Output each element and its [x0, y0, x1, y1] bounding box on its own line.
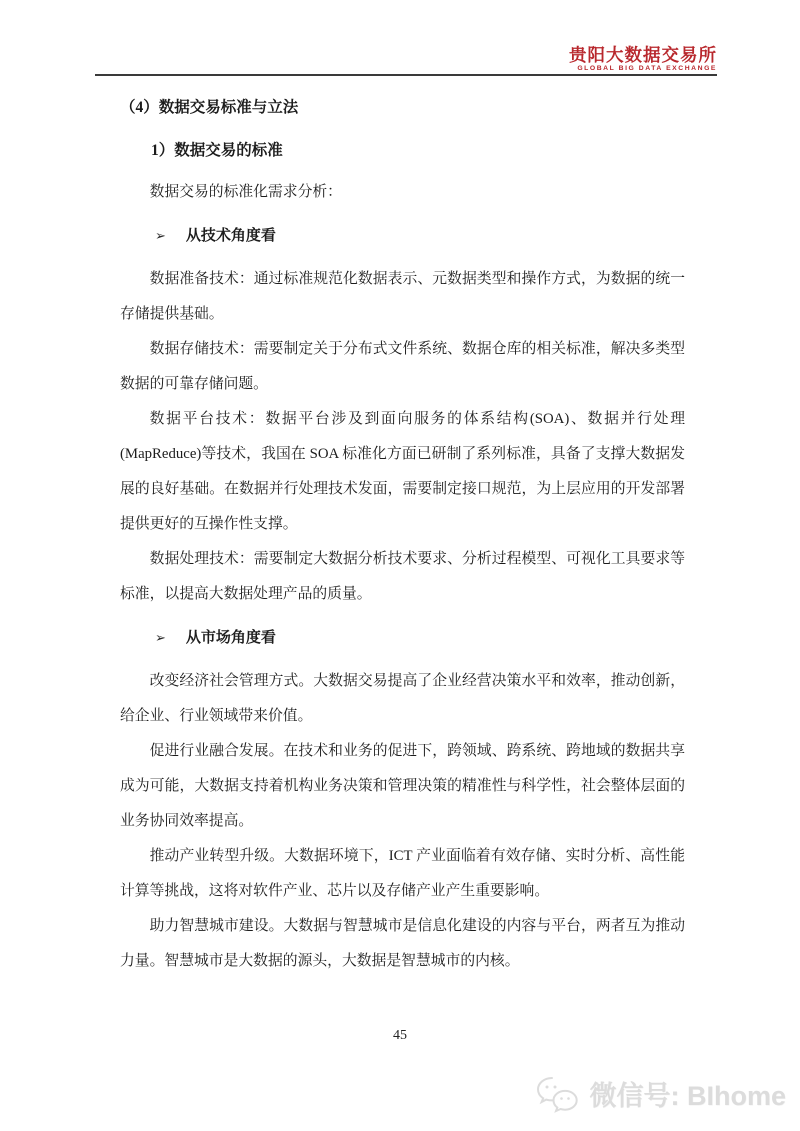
subsection-heading: 1）数据交易的标准 [120, 133, 685, 168]
paragraph: 数据平台技术：数据平台涉及到面向服务的体系结构(SOA)、数据并行处理(MapR… [120, 402, 685, 542]
paragraph: 数据处理技术：需要制定大数据分析技术要求、分析过程模型、可视化工具要求等标准，以… [120, 542, 685, 612]
paragraph: 促进行业融合发展。在技术和业务的促进下，跨领域、跨系统、跨地域的数据共享成为可能… [120, 734, 685, 839]
watermark: 微信号: BIhome [535, 1074, 786, 1113]
logo: 贵阳大数据交易所 GLOBAL BIG DATA EXCHANGE [95, 46, 717, 73]
paragraph: 助力智慧城市建设。大数据与智慧城市是信息化建设的内容与平台，两者互为推动力量。智… [120, 909, 685, 979]
bullet-title: 从市场角度看 [186, 621, 276, 656]
paragraph: 数据准备技术：通过标准规范化数据表示、元数据类型和操作方式，为数据的统一存储提供… [120, 262, 685, 332]
bullet-heading-market: ➢ 从市场角度看 [120, 620, 685, 656]
document-page: 贵阳大数据交易所 GLOBAL BIG DATA EXCHANGE （4）数据交… [0, 0, 800, 1131]
bullet-heading-technical: ➢ 从技术角度看 [120, 218, 685, 254]
arrowhead-bullet-icon: ➢ [155, 620, 166, 655]
watermark-label: 微信号: BIhome [589, 1074, 786, 1113]
logo-subtitle: GLOBAL BIG DATA EXCHANGE [95, 65, 717, 73]
page-number: 45 [0, 1028, 800, 1044]
section-heading: （4）数据交易标准与立法 [120, 90, 685, 125]
intro-line: 数据交易的标准化需求分析： [120, 175, 685, 210]
wechat-icon [535, 1075, 581, 1113]
bullet-title: 从技术角度看 [186, 219, 276, 254]
page-header: 贵阳大数据交易所 GLOBAL BIG DATA EXCHANGE [95, 46, 717, 76]
document-body: （4）数据交易标准与立法 1）数据交易的标准 数据交易的标准化需求分析： ➢ 从… [120, 90, 685, 979]
paragraph: 改变经济社会管理方式。大数据交易提高了企业经营决策水平和效率，推动创新，给企业、… [120, 664, 685, 734]
paragraph: 推动产业转型升级。大数据环境下，ICT 产业面临着有效存储、实时分析、高性能计算… [120, 839, 685, 909]
paragraph: 数据存储技术：需要制定关于分布式文件系统、数据仓库的相关标准，解决多类型数据的可… [120, 332, 685, 402]
logo-title: 贵阳大数据交易所 [95, 46, 717, 65]
arrowhead-bullet-icon: ➢ [155, 218, 166, 253]
